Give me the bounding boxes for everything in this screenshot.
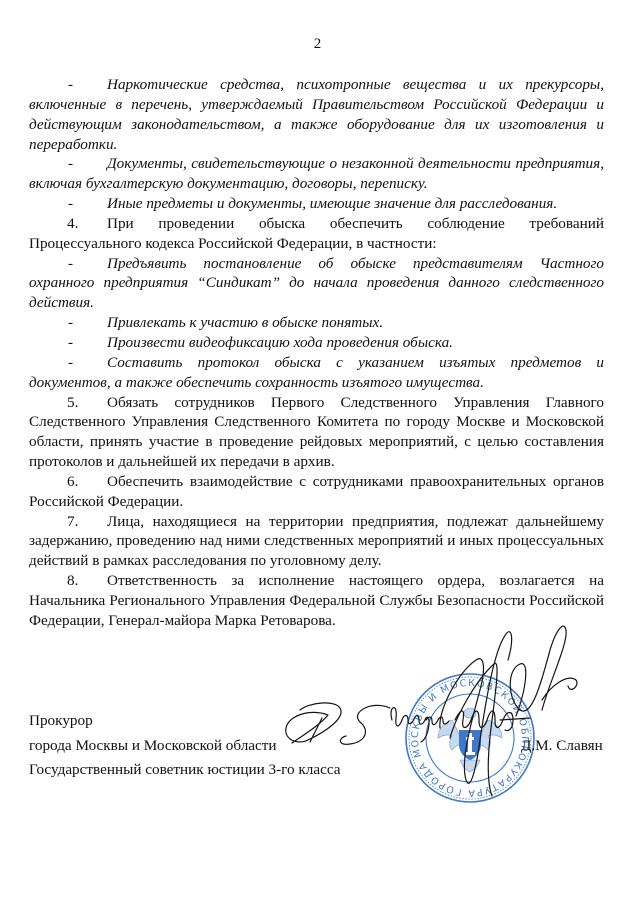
clause-7: 7.Лица, находящиеся на территории предпр… (29, 512, 604, 572)
paragraph-text: Привлекать к участию в обыске понятых. (107, 314, 383, 331)
paragraph-text: Составить протокол обыска с указанием из… (29, 354, 604, 391)
paragraph-text: Наркотические средства, психотропные вещ… (29, 76, 604, 153)
paragraph-text: Обеспечить взаимодействие с сотрудниками… (29, 473, 604, 510)
page-number: 2 (0, 35, 635, 53)
paragraph-text: Произвести видеофиксацию хода проведения… (107, 334, 453, 351)
list-marker: - (29, 353, 107, 373)
paragraph-text: Обязать сотрудников Первого Следственног… (29, 394, 604, 471)
document-body: -Наркотические средства, психотропные ве… (29, 75, 604, 631)
paragraph-text: Лица, находящиеся на территории предприя… (29, 513, 604, 570)
list-marker: - (29, 254, 107, 274)
clause-number: 4. (29, 214, 107, 234)
list-item-protocol: -Составить протокол обыска с указанием и… (29, 353, 604, 393)
clause-6: 6.Обеспечить взаимодействие с сотрудника… (29, 472, 604, 512)
list-marker: - (29, 333, 107, 353)
paragraph-text: Иные предметы и документы, имеющие значе… (107, 195, 557, 212)
list-marker: - (29, 154, 107, 174)
list-item-video: -Произвести видеофиксацию хода проведени… (29, 333, 604, 353)
list-item-other-items: -Иные предметы и документы, имеющие знач… (29, 194, 604, 214)
list-marker: - (29, 194, 107, 214)
signer-name: Д.М. Славян (521, 734, 603, 759)
paragraph-text: При проведении обыска обеспечить соблюде… (29, 215, 604, 252)
list-item-present-order: -Предъявить постановление об обыске пред… (29, 254, 604, 314)
clause-number: 6. (29, 472, 107, 492)
list-item-documents: -Документы, свидетельствующие о незаконн… (29, 154, 604, 194)
list-item-narcotics: -Наркотические средства, психотропные ве… (29, 75, 604, 154)
clause-5: 5.Обязать сотрудников Первого Следственн… (29, 393, 604, 472)
clause-number: 5. (29, 393, 107, 413)
list-marker: - (29, 75, 107, 95)
paragraph-text: Документы, свидетельствующие о незаконно… (29, 155, 604, 192)
handwritten-signature-icon (280, 620, 580, 810)
list-marker: - (29, 313, 107, 333)
clause-number: 8. (29, 571, 107, 591)
list-item-witnesses: -Привлекать к участию в обыске понятых. (29, 313, 604, 333)
clause-number: 7. (29, 512, 107, 532)
clause-4: 4.При проведении обыска обеспечить соблю… (29, 214, 604, 254)
paragraph-text: Предъявить постановление об обыске предс… (29, 255, 604, 312)
